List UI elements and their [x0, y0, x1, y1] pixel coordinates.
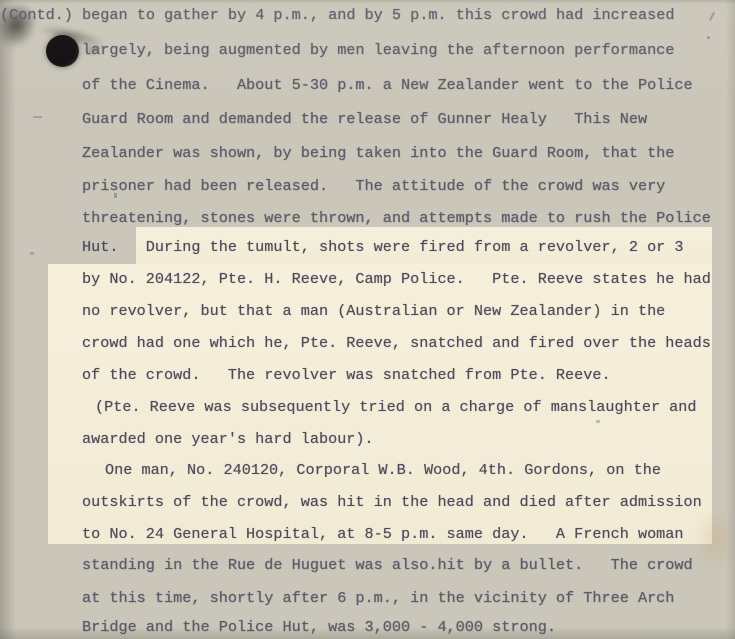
text-line: Hut. During the tumult, shots were fired…: [82, 238, 684, 256]
text-line: outskirts of the crowd, was hit in the h…: [82, 493, 702, 511]
text-line: prisoner had been released. The attitude…: [82, 177, 665, 195]
text-line: (Contd.) began to gather by 4 p.m., and …: [0, 6, 674, 24]
text-line: of the Cinema. About 5-30 p.m. a New Zea…: [82, 76, 693, 94]
text-line: awarded one year's hard labour).: [82, 430, 374, 448]
text-line: by No. 204122, Pte. H. Reeve, Camp Polic…: [82, 270, 711, 288]
text-line: of the crowd. The revolver was snatched …: [82, 366, 611, 384]
scan-edge-shadow: [0, 627, 735, 639]
text-line: to No. 24 General Hospital, at 8-5 p.m. …: [82, 525, 684, 543]
text-line: One man, No. 240120, Corporal W.B. Wood,…: [105, 461, 661, 479]
text-line: (Pte. Reeve was subsequently tried on a …: [95, 398, 697, 416]
scanned-document-page: J on (Contd.) began to gather by 4 p.m.,…: [0, 0, 735, 639]
text-line: threatening, stones were thrown, and att…: [82, 209, 711, 227]
scan-edge-shadow: [0, 0, 735, 4]
scan-edge-shadow: [0, 0, 16, 639]
text-line: largely, being augmented by men leaving …: [82, 41, 674, 59]
scan-edge-shadow: [726, 0, 735, 639]
typewritten-text: (Contd.) began to gather by 4 p.m., and …: [0, 0, 735, 639]
text-line: Guard Room and demanded the release of G…: [82, 110, 647, 128]
text-line: Zealander was shown, by being taken into…: [82, 144, 674, 162]
text-line: crowd had one which he, Pte. Reeve, snat…: [82, 334, 711, 352]
text-line: standing in the Rue de Huguet was also.h…: [82, 556, 693, 574]
text-line: at this time, shortly after 6 p.m., in t…: [82, 589, 674, 607]
text-line: no revolver, but that a man (Australian …: [82, 302, 665, 320]
